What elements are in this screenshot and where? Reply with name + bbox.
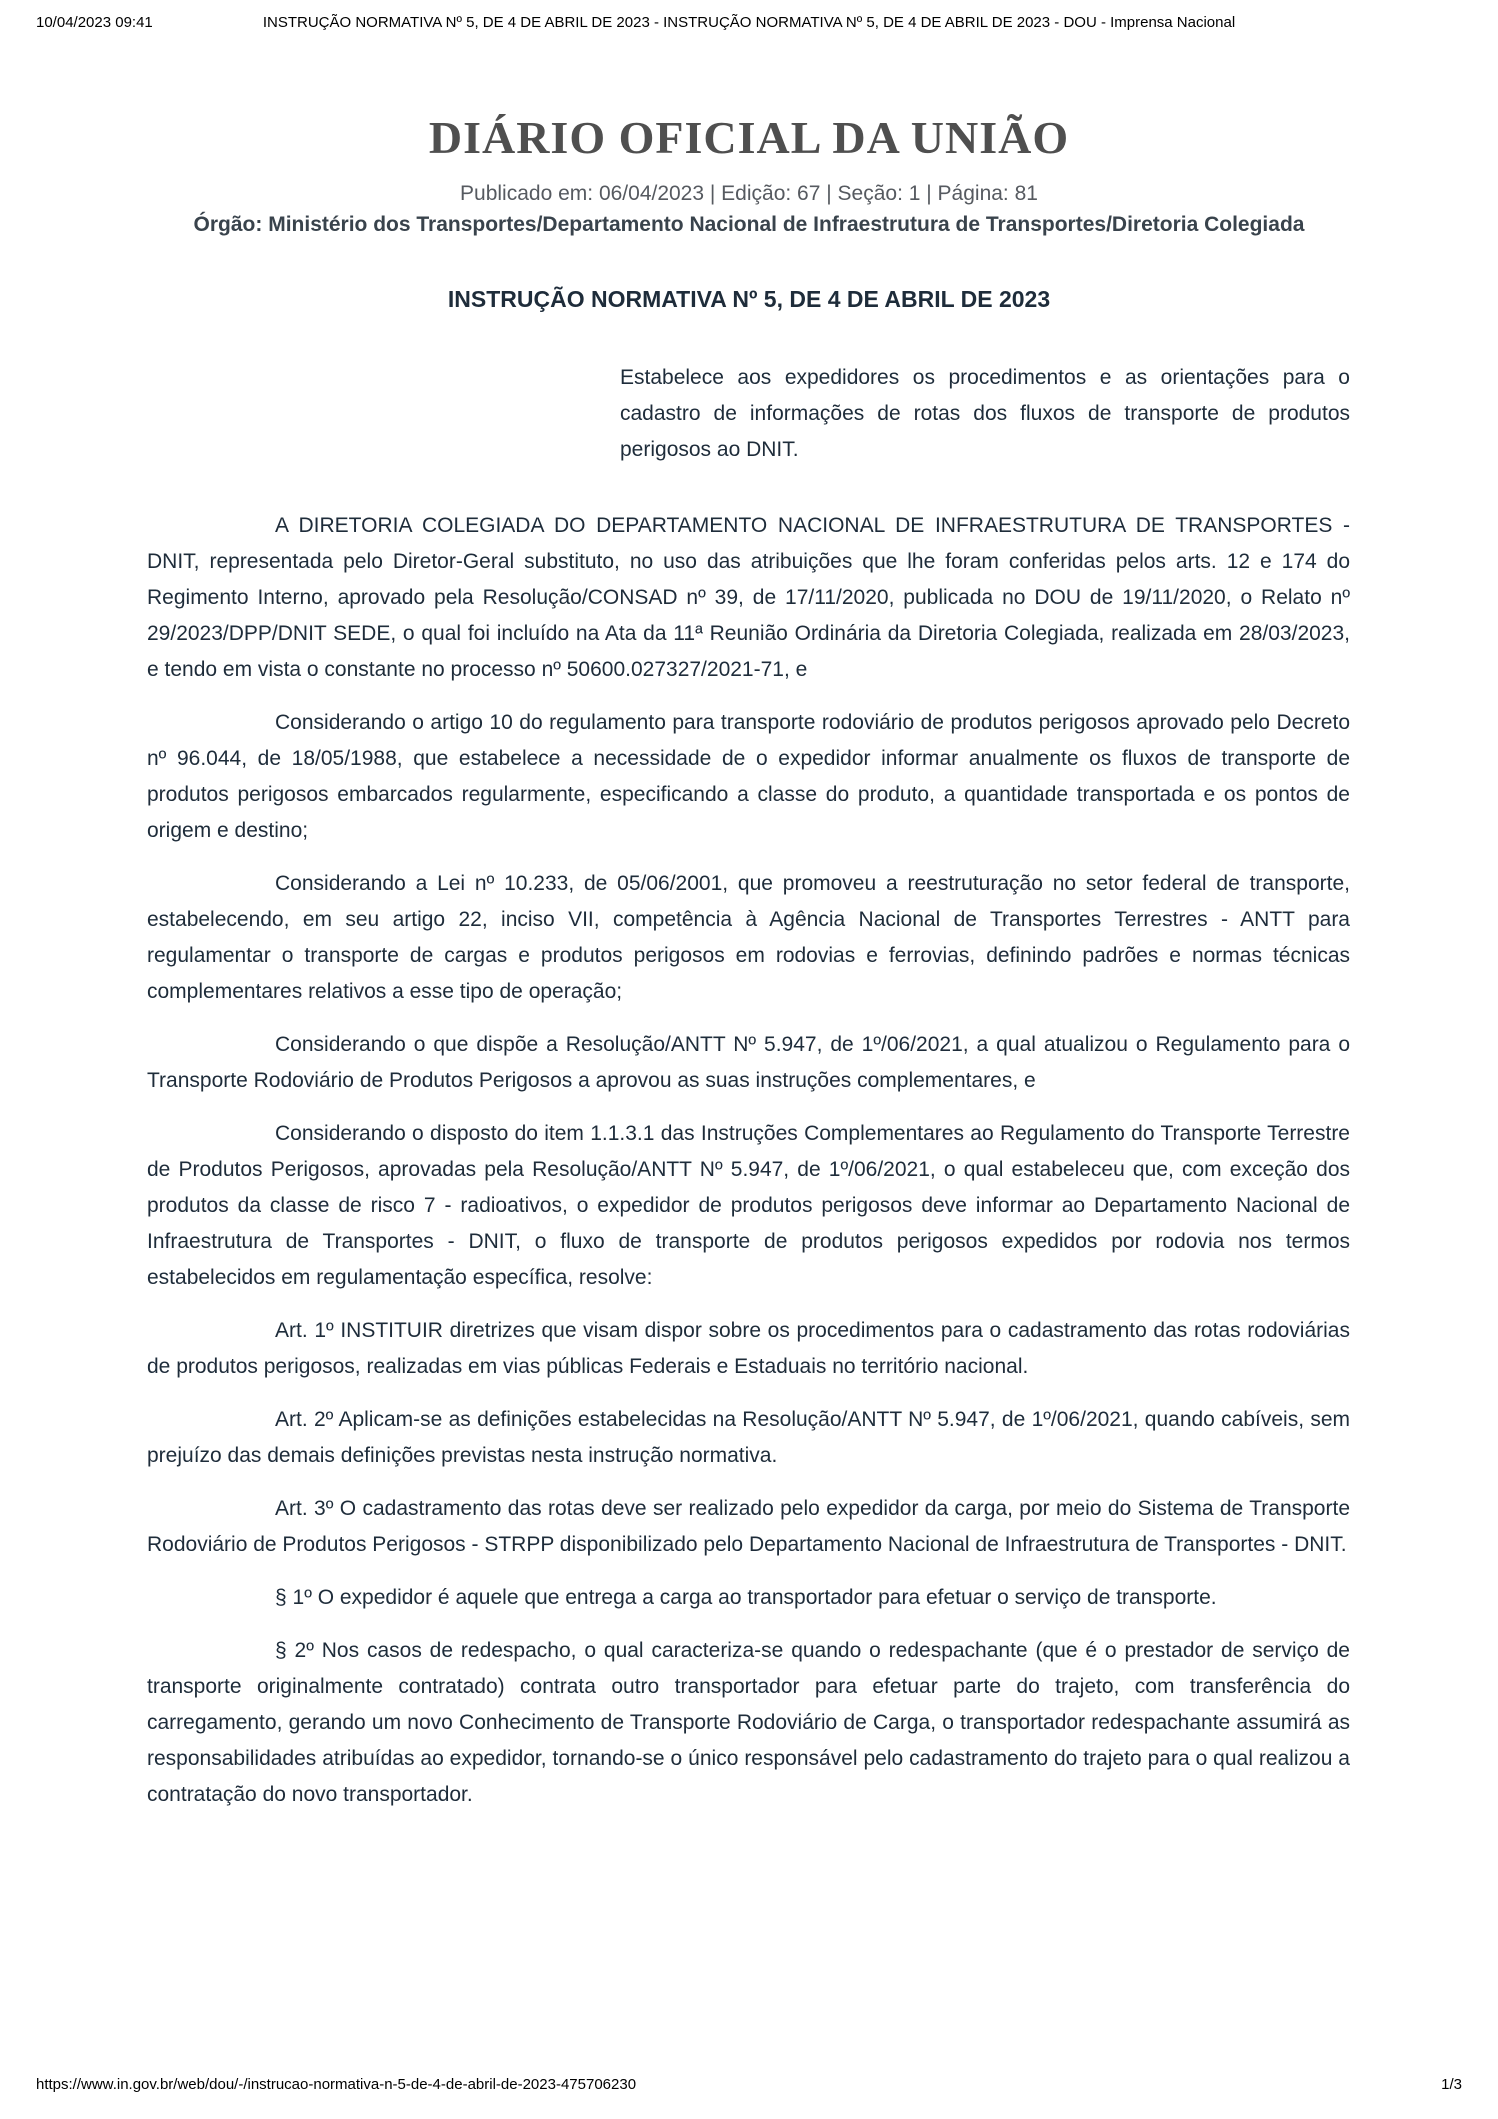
masthead-title: DIÁRIO OFICIAL DA UNIÃO xyxy=(0,112,1498,164)
body-paragraph: § 2º Nos casos de redespacho, o qual car… xyxy=(147,1633,1350,1813)
body-paragraph: Considerando o disposto do item 1.1.3.1 … xyxy=(147,1116,1350,1296)
print-header-datetime: 10/04/2023 09:41 xyxy=(36,14,153,31)
document-body: A DIRETORIA COLEGIADA DO DEPARTAMENTO NA… xyxy=(147,508,1350,1830)
print-footer-page-number: 1/3 xyxy=(1441,2076,1462,2093)
body-paragraph: Considerando o que dispõe a Resolução/AN… xyxy=(147,1027,1350,1099)
body-paragraph: § 1º O expedidor é aquele que entrega a … xyxy=(147,1580,1350,1616)
print-header-title: INSTRUÇÃO NORMATIVA Nº 5, DE 4 DE ABRIL … xyxy=(156,14,1342,31)
body-paragraph: Art. 2º Aplicam-se as definições estabel… xyxy=(147,1402,1350,1474)
print-footer-url: https://www.in.gov.br/web/dou/-/instruca… xyxy=(36,2076,636,2093)
body-paragraph: A DIRETORIA COLEGIADA DO DEPARTAMENTO NA… xyxy=(147,508,1350,688)
body-paragraph: Considerando o artigo 10 do regulamento … xyxy=(147,705,1350,849)
publication-info: Publicado em: 06/04/2023 | Edição: 67 | … xyxy=(0,180,1498,208)
body-paragraph: Considerando a Lei nº 10.233, de 05/06/2… xyxy=(147,866,1350,1010)
organ-line: Órgão: Ministério dos Transportes/Depart… xyxy=(0,211,1498,239)
body-paragraph: Art. 1º INSTITUIR diretrizes que visam d… xyxy=(147,1313,1350,1385)
body-paragraph: Art. 3º O cadastramento das rotas deve s… xyxy=(147,1491,1350,1563)
document-summary: Estabelece aos expedidores os procedimen… xyxy=(620,360,1350,468)
printed-page: 10/04/2023 09:41 INSTRUÇÃO NORMATIVA Nº … xyxy=(0,0,1498,2119)
document-title: INSTRUÇÃO NORMATIVA Nº 5, DE 4 DE ABRIL … xyxy=(0,284,1498,314)
